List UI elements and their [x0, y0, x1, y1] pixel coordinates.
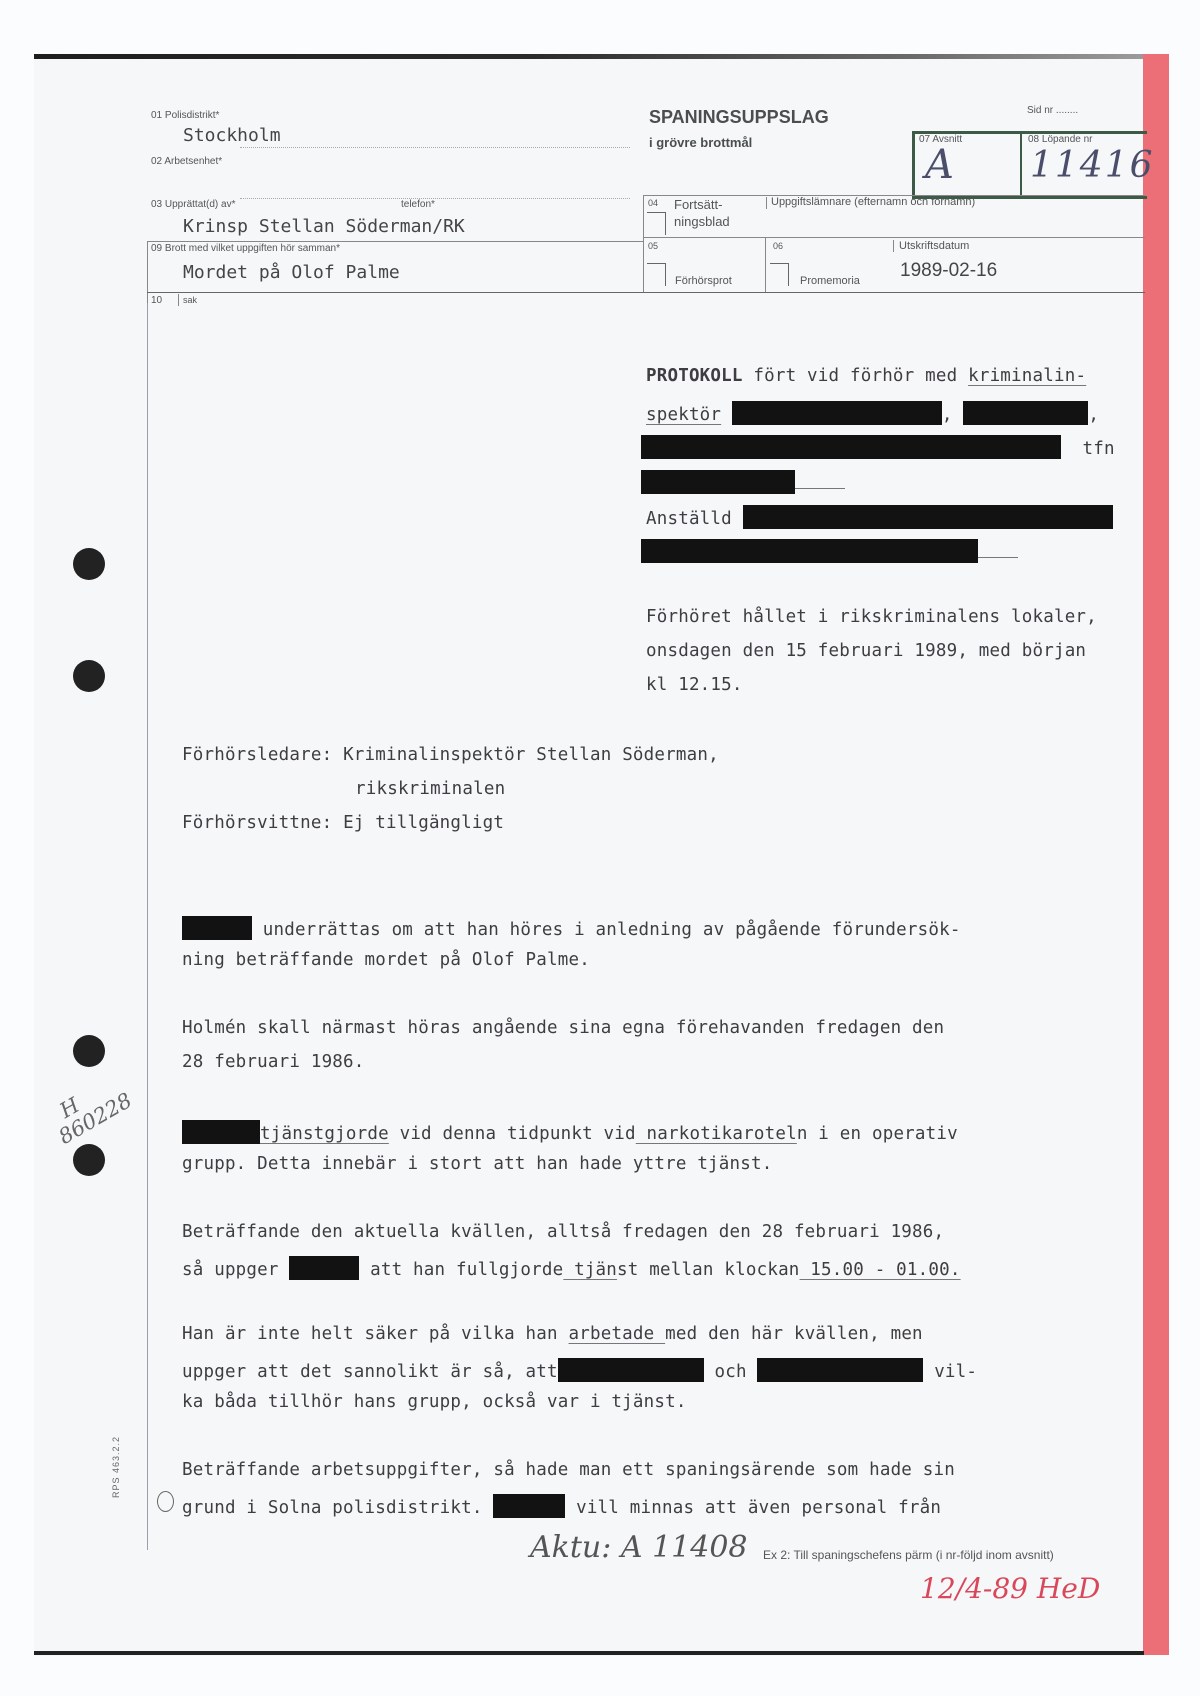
- utskriftsdatum-value: 1989-02-16: [900, 260, 997, 282]
- forhorsprot-checkbox[interactable]: [647, 263, 666, 286]
- body-text: vil-: [923, 1362, 977, 1382]
- forhorsvittne-value: Ej tillgängligt: [343, 813, 504, 833]
- paragraph-3-line-1: tjänstgjorde vid denna tidpunkt vid nark…: [182, 1120, 958, 1144]
- handwritten-reference: Aktu: A 11408: [530, 1530, 748, 1565]
- forhorsvittne-line: Förhörsvittne: Ej tillgängligt: [182, 813, 504, 833]
- form-divider: [147, 241, 644, 242]
- redaction-block: [963, 401, 1088, 425]
- form-divider: [643, 195, 644, 292]
- utskriftsdatum-label: Utskriftsdatum: [899, 240, 969, 252]
- paragraph-5-line-2: uppger att det sannolikt är så, att och …: [182, 1358, 977, 1382]
- paragraph-1-line-2: ning beträffande mordet på Olof Palme.: [182, 950, 590, 970]
- comma-text: ,: [942, 405, 953, 425]
- form-subtitle: i grövre brottmål: [649, 135, 752, 150]
- forhorsprot-number: 05: [648, 241, 658, 251]
- left-margin-rule: [147, 280, 148, 1550]
- redaction-block: [182, 916, 252, 940]
- location-line-3: kl 12.15.: [646, 675, 743, 695]
- lopande-label: 08 Löpande nr: [1028, 134, 1093, 145]
- paragraph-1-line-1: underrättas om att han höres i anledning…: [182, 916, 961, 940]
- document-page: [34, 56, 1144, 1656]
- phone-line: [641, 470, 845, 494]
- redaction-block: [743, 505, 1113, 529]
- promemoria-label: Promemoria: [800, 275, 860, 287]
- body-text: uppger att det sannolikt är så, att: [182, 1362, 558, 1382]
- top-border-rule: [34, 54, 1144, 59]
- protokoll-text: kriminalin-: [968, 366, 1086, 386]
- uppgiftslamnare-label: Uppgiftslämnare (efternamn och förnamn): [771, 196, 975, 208]
- punch-hole-icon: [73, 660, 105, 692]
- upprattad-value: Krinsp Stellan Söderman/RK: [183, 216, 465, 237]
- forhorsledare-label: Förhörsledare:: [182, 745, 332, 765]
- paragraph-5-line-3: ka båda tillhör hans grupp, också var i …: [182, 1392, 687, 1412]
- body-text: så uppger: [182, 1260, 289, 1280]
- paragraph-6-line-2: grund i Solna polisdistrikt. vill minnas…: [182, 1494, 941, 1518]
- punch-hole-icon: [73, 1035, 105, 1067]
- paragraph-2-line-2: 28 februari 1986.: [182, 1052, 365, 1072]
- redaction-block: [493, 1494, 565, 1518]
- form-divider: [147, 292, 1145, 293]
- telefon-label: telefon*: [401, 199, 435, 210]
- fortsatt-checkbox[interactable]: [647, 212, 666, 235]
- form-divider: [178, 294, 179, 306]
- box-divider: [1020, 131, 1022, 196]
- form-divider: [147, 241, 148, 303]
- protokoll-text: fört vid förhör med: [743, 366, 968, 386]
- forhorsprot-label: Förhörsprot: [675, 275, 732, 287]
- body-text: tjän: [563, 1260, 617, 1280]
- protokoll-line: PROTOKOLL fört vid förhör med kriminalin…: [646, 366, 1086, 386]
- form-divider: [643, 237, 1145, 238]
- comma-text: ,: [1088, 405, 1099, 425]
- body-text: och: [704, 1362, 758, 1382]
- red-signature: 12/4-89 HeD: [920, 1572, 1100, 1605]
- punch-hole-icon: [73, 548, 105, 580]
- fortsatt-label-1: Fortsätt-: [674, 197, 722, 212]
- promemoria-checkbox[interactable]: [770, 263, 789, 286]
- body-text: tjänstgjorde: [260, 1124, 389, 1144]
- fortsatt-number: 04: [648, 198, 658, 208]
- body-text: Han är inte helt säker på vilka han: [182, 1324, 569, 1344]
- address-line: tfn: [641, 435, 1115, 459]
- body-text: vill minnas att även personal från: [565, 1498, 941, 1518]
- body-text: grund i Solna polisdistrikt.: [182, 1498, 493, 1518]
- field-dotted-line: [240, 147, 630, 148]
- body-text: att han fullgjorde: [359, 1260, 563, 1280]
- polisdistrikt-value: Stockholm: [183, 125, 281, 146]
- paragraph-5-line-1: Han är inte helt säker på vilka han arbe…: [182, 1324, 923, 1344]
- body-text: vid denna tidpunkt vid: [389, 1124, 636, 1144]
- fortsatt-label-2: ningsblad: [674, 214, 730, 229]
- brott-label: 09 Brott med vilket uppgiften hör samman…: [151, 243, 340, 254]
- form-divider: [766, 197, 767, 209]
- sak-number: 10: [151, 295, 162, 306]
- paragraph-3-line-2: grupp. Detta innebär i stort att han had…: [182, 1154, 772, 1174]
- tfn-label: tfn: [1082, 439, 1114, 459]
- paragraph-4-line-2: så uppger att han fullgjorde tjänst mell…: [182, 1256, 961, 1280]
- upprattad-label: 03 Upprättat(d) av*: [151, 199, 236, 210]
- forhorsledare-unit: rikskriminalen: [355, 779, 505, 799]
- redaction-block: [641, 470, 795, 494]
- polisdistrikt-label: 01 Polisdistrikt*: [151, 110, 219, 121]
- paragraph-4-line-1: Beträffande den aktuella kvällen, alltså…: [182, 1222, 944, 1242]
- form-divider: [893, 240, 894, 252]
- redaction-block: [558, 1358, 704, 1382]
- redaction-block: [732, 401, 942, 425]
- brott-value: Mordet på Olof Palme: [183, 262, 400, 283]
- body-text: underrättas om att han höres i anledning…: [252, 920, 961, 940]
- location-line-2: onsdagen den 15 februari 1989, med börja…: [646, 641, 1086, 661]
- sak-label: sak: [183, 295, 197, 305]
- circle-mark-icon: [157, 1491, 174, 1512]
- form-divider: [765, 237, 766, 292]
- red-margin-stripe: [1143, 54, 1169, 1655]
- anstalld-line: Anställd: [646, 505, 1113, 529]
- lopande-value: 11416: [1030, 145, 1155, 186]
- body-text: narkotikarotel: [636, 1124, 797, 1144]
- form-code: RPS 463.2.2: [111, 1436, 121, 1498]
- location-line-1: Förhöret hållet i rikskriminalens lokale…: [646, 607, 1097, 627]
- redaction-block: [757, 1358, 923, 1382]
- sid-nr-label: Sid nr ........: [1027, 105, 1078, 116]
- spektor-text: spektör: [646, 405, 721, 425]
- forhorsvittne-label: Förhörsvittne:: [182, 813, 332, 833]
- footer-instruction: Ex 2: Till spaningschefens pärm (i nr-fö…: [763, 1548, 1054, 1562]
- punch-hole-icon: [73, 1144, 105, 1176]
- body-text: st mellan klockan: [617, 1260, 800, 1280]
- promemoria-number: 06: [773, 241, 783, 251]
- bottom-border-rule: [34, 1651, 1144, 1655]
- body-text: med den här kvällen, men: [665, 1324, 923, 1344]
- paragraph-6-line-1: Beträffande arbetsuppgifter, så hade man…: [182, 1460, 955, 1480]
- spektor-line: spektör , ,: [646, 401, 1099, 425]
- employer-line: [641, 539, 1018, 563]
- body-text: arbetade: [569, 1324, 666, 1344]
- form-title: SPANINGSUPPSLAG: [649, 107, 829, 128]
- field-dotted-line: [240, 198, 630, 199]
- redaction-block: [641, 435, 1061, 459]
- paragraph-2-line-1: Holmén skall närmast höras angående sina…: [182, 1018, 944, 1038]
- forhorsledare-value: Kriminalinspektör Stellan Söderman,: [343, 745, 719, 765]
- protokoll-heading: PROTOKOLL: [646, 366, 743, 386]
- redaction-block: [641, 539, 978, 563]
- anstalld-label: Anställd: [646, 509, 732, 529]
- forhorsledare-line: Förhörsledare: Kriminalinspektör Stellan…: [182, 745, 719, 765]
- arbetsenhet-label: 02 Arbetsenhet*: [151, 156, 222, 167]
- avsnitt-value: A: [925, 142, 954, 188]
- redaction-block: [182, 1120, 260, 1144]
- body-text: n i en operativ: [797, 1124, 958, 1144]
- body-text: 15.00 - 01.00.: [800, 1260, 961, 1280]
- redaction-block: [289, 1256, 359, 1280]
